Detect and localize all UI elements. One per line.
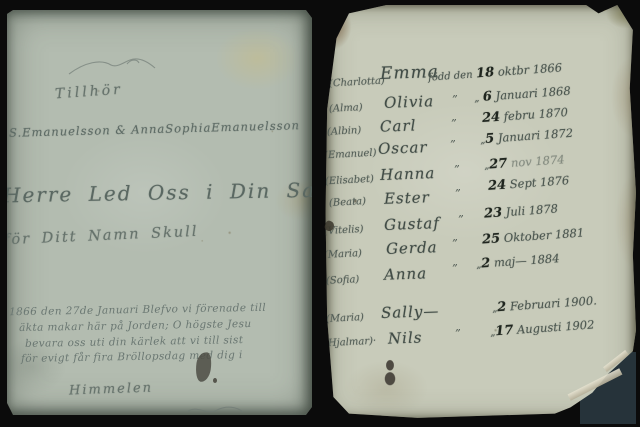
middle-name: (Beata)	[329, 196, 367, 209]
ditto-mark: ”	[458, 213, 464, 226]
given-name: Nils	[388, 328, 423, 347]
birth-date: „ 6 Januari 1868	[474, 84, 572, 106]
ditto-mark: ”	[452, 93, 458, 106]
given-name: Gustaf	[384, 214, 440, 234]
middle-name: (Albin)	[327, 125, 362, 138]
motto-line-2: för Ditt Namn Skull	[4, 224, 199, 248]
ditto-mark: ”	[452, 262, 458, 275]
birth-date: 24 Sept 1876	[488, 173, 570, 194]
photo-frame: Tillhör S.Emanuelsson & AnnaSophiaEmanue…	[0, 0, 640, 427]
given-name: Anna	[384, 264, 428, 283]
marriage-note-line: bevara oss uti din kärlek att vi till si…	[25, 334, 244, 350]
birth-date: „17 Augusti 1902	[490, 317, 595, 339]
ditto-mark: ”	[452, 237, 458, 250]
middle-name: (Elisabet)	[325, 174, 374, 188]
birth-date: 25 Oktober 1881	[482, 225, 585, 247]
left-page: Tillhör S.Emanuelsson & AnnaSophiaEmanue…	[7, 10, 312, 415]
given-name: Olivia	[384, 92, 435, 112]
middle-name: (Emanuel)	[324, 148, 377, 162]
birth-date: „2 Februari 1900.	[492, 293, 598, 315]
middle-name: (Sofia)	[326, 274, 360, 287]
bottom-squiggle-stroke	[185, 402, 247, 418]
given-name: Hanna	[380, 164, 436, 184]
birth-date: född den 18 oktbr 1866	[428, 60, 563, 84]
flourish-stroke	[67, 56, 159, 80]
ditto-mark: ”	[455, 327, 461, 340]
ink-blot-figure8	[382, 358, 398, 386]
middle-name: (Charlotta)	[329, 76, 385, 90]
given-name: Gerda	[386, 238, 438, 258]
birth-date: 24 febru 1870	[482, 105, 569, 126]
middle-name: (Alma)	[329, 102, 363, 115]
birth-date: „27 nov 1874	[484, 152, 566, 173]
birth-date: 23 Juli 1878	[484, 201, 559, 221]
middle-name: (Hjalmar)·	[324, 336, 377, 350]
marriage-note-line: äkta makar här på Jorden; O högste Jesu	[19, 318, 252, 334]
given-name: Ester	[384, 188, 430, 208]
page-title: Tillhör	[55, 82, 124, 103]
owners-line: S.Emanuelsson & AnnaSophiaEmanuelsson	[9, 118, 300, 140]
ink-blot-dot	[213, 378, 217, 383]
right-page: (Charlotta) Emma född den 18 oktbr 1866 …	[324, 5, 636, 422]
given-name: Carl	[380, 116, 417, 135]
middle-name: (Maria)	[326, 312, 364, 325]
middle-name: (Maria)	[324, 248, 362, 261]
given-name: Sally—	[381, 302, 440, 322]
ditto-mark: ”	[455, 187, 461, 200]
birth-date: „5 Januari 1872	[480, 126, 574, 147]
marriage-note-line: 1866 den 27de Januari Blefvo vi förenade…	[9, 302, 266, 318]
birth-date: „2 maj— 1884	[476, 251, 560, 272]
ditto-mark: ”	[450, 138, 456, 151]
ditto-mark: ”	[454, 163, 460, 176]
ditto-mark: ”	[451, 117, 457, 130]
given-name: Oscar	[378, 138, 428, 158]
marriage-note-closing: Himmelen	[69, 381, 154, 399]
